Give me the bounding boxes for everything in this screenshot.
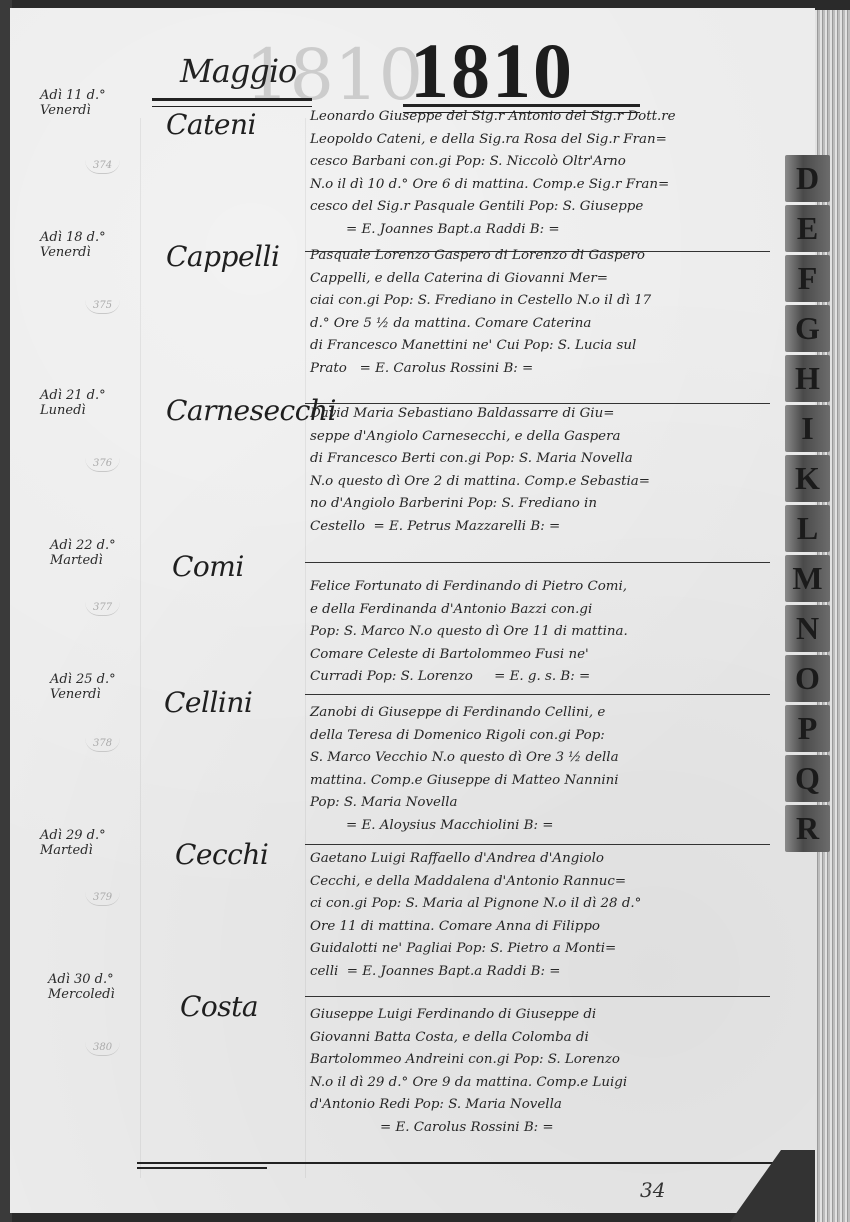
- index-tab-f[interactable]: F: [785, 255, 830, 302]
- date-day: Adì 25 d.°: [50, 672, 160, 687]
- entry-surname: Costa: [180, 990, 258, 1023]
- entry-line: Curradi Pop: S. Lorenzo: [310, 669, 473, 684]
- date-weekday: Mercoledì: [48, 987, 158, 1002]
- entry-line: ci con.gi Pop: S. Maria al Pignone N.o i…: [310, 896, 641, 911]
- date-day: Adì 29 d.°: [40, 828, 150, 843]
- index-tab-h[interactable]: H: [785, 355, 830, 402]
- entry-line: Prato: [310, 361, 347, 376]
- index-tab-o[interactable]: O: [785, 655, 830, 702]
- entry-surname: Cecchi: [175, 838, 268, 871]
- entry-signature: = E. g. s. B: =: [494, 669, 590, 684]
- year-heading: 1810: [410, 26, 574, 116]
- entry-date: Adì 18 d.° Venerdì: [40, 230, 150, 260]
- index-tab-l[interactable]: L: [785, 505, 830, 552]
- date-day: Adì 22 d.°: [50, 538, 160, 553]
- entry-text: Felice Fortunato di Ferdinando di Pietro…: [310, 576, 770, 689]
- entry-divider: [305, 694, 770, 695]
- index-tab-r[interactable]: R: [785, 805, 830, 852]
- entry-line: seppe d'Angiolo Carnesecchi, e della Gas…: [310, 429, 621, 444]
- index-tab-q[interactable]: Q: [785, 755, 830, 802]
- date-weekday: Venerdì: [40, 103, 150, 118]
- entry-line: di Francesco Manettini ne' Cui Pop: S. L…: [310, 338, 636, 353]
- index-tab-e[interactable]: E: [785, 205, 830, 252]
- index-tab-k[interactable]: K: [785, 455, 830, 502]
- entry-line: Giovanni Batta Costa, e della Colomba di: [310, 1030, 589, 1045]
- entry-line: e della Ferdinanda d'Antonio Bazzi con.g…: [310, 602, 592, 617]
- entry-line: d'Antonio Redi Pop: S. Maria Novella: [310, 1097, 562, 1112]
- entry-text: David Maria Sebastiano Baldassarre di Gi…: [310, 403, 770, 538]
- entry-text: Zanobi di Giuseppe di Ferdinando Cellini…: [310, 702, 770, 837]
- entry-line: Bartolommeo Andreini con.gi Pop: S. Lore…: [310, 1052, 620, 1067]
- entry-line: no d'Angiolo Barberini Pop: S. Frediano …: [310, 496, 597, 511]
- entry-line: Giuseppe Luigi Ferdinando di Giuseppe di: [310, 1007, 596, 1022]
- entry-surname: Cellini: [164, 686, 252, 719]
- entry-line: della Teresa di Domenico Rigoli con.gi P…: [310, 728, 605, 743]
- index-tab-i[interactable]: I: [785, 405, 830, 452]
- entry-text: Gaetano Luigi Raffaello d'Andrea d'Angio…: [310, 848, 770, 983]
- entry-line: N.o questo dì Ore 2 di mattina. Comp.e S…: [310, 474, 650, 489]
- entry-signature: = E. Aloysius Macchiolini B: =: [310, 815, 770, 838]
- date-day: Adì 11 d.°: [40, 88, 150, 103]
- entry-line: celli: [310, 964, 338, 979]
- entry-divider: [305, 844, 770, 845]
- entry-line: S. Marco Vecchio N.o questo dì Ore 3 ½ d…: [310, 750, 619, 765]
- entry-line: Cappelli, e della Caterina di Giovanni M…: [310, 271, 608, 286]
- closing-rule-double: [137, 1167, 267, 1169]
- entry-signature: = E. Carolus Rossini B: =: [360, 361, 534, 376]
- entry-line: Leonardo Giuseppe del Sig.r Antonio del …: [310, 109, 676, 124]
- entry-line: Zanobi di Giuseppe di Ferdinando Cellini…: [310, 705, 605, 720]
- entry-line: ciai con.gi Pop: S. Frediano in Cestello…: [310, 293, 651, 308]
- entry-date: Adì 29 d.° Martedì: [40, 828, 150, 858]
- date-day: Adì 18 d.°: [40, 230, 150, 245]
- entry-line: di Francesco Berti con.gi Pop: S. Maria …: [310, 451, 633, 466]
- index-tab-g[interactable]: G: [785, 305, 830, 352]
- entry-line: Pop: S. Marco N.o questo dì Ore 11 di ma…: [310, 624, 628, 639]
- entry-line: Cestello: [310, 519, 365, 534]
- date-day: Adì 21 d.°: [40, 388, 150, 403]
- column-divider: [140, 118, 141, 1178]
- date-day: Adì 30 d.°: [48, 972, 158, 987]
- entry-divider: [305, 996, 770, 997]
- entry-line: Gaetano Luigi Raffaello d'Andrea d'Angio…: [310, 851, 604, 866]
- index-tab-p[interactable]: P: [785, 705, 830, 752]
- column-divider: [305, 118, 306, 1178]
- entry-line: cesco Barbani con.gi Pop: S. Niccolò Olt…: [310, 154, 626, 169]
- entry-line: Cecchi, e della Maddalena d'Antonio Rann…: [310, 874, 626, 889]
- entry-line: N.o il dì 29 d.° Ore 9 da mattina. Comp.…: [310, 1075, 627, 1090]
- entry-date: Adì 30 d.° Mercoledì: [48, 972, 158, 1002]
- entry-line: Felice Fortunato di Ferdinando di Pietro…: [310, 579, 627, 594]
- entry-line: cesco del Sig.r Pasquale Gentili Pop: S.…: [310, 199, 643, 214]
- entry-text: Pasquale Lorenzo Gaspero di Lorenzo di G…: [310, 245, 770, 380]
- entry-text: Leonardo Giuseppe del Sig.r Antonio del …: [310, 106, 770, 241]
- entry-date: Adì 21 d.° Lunedì: [40, 388, 150, 418]
- entry-line: Comare Celeste di Bartolommeo Fusi ne': [310, 647, 589, 662]
- date-weekday: Venerdì: [40, 245, 150, 260]
- entry-line: N.o il dì 10 d.° Ore 6 di mattina. Comp.…: [310, 177, 669, 192]
- entry-signature: = E. Joannes Bapt.a Raddi B: =: [310, 219, 770, 242]
- month-heading: Maggio: [180, 52, 296, 90]
- entry-date: Adì 11 d.° Venerdì: [40, 88, 150, 118]
- entry-line: Ore 11 di mattina. Comare Anna di Filipp…: [310, 919, 600, 934]
- index-tab-d[interactable]: D: [785, 155, 830, 202]
- entry-line: Guidalotti ne' Pagliai Pop: S. Pietro a …: [310, 941, 616, 956]
- entry-surname: Comi: [172, 550, 244, 583]
- date-weekday: Martedì: [40, 843, 150, 858]
- entry-surname: Cateni: [166, 108, 256, 141]
- entry-date: Adì 22 d.° Martedì: [50, 538, 160, 568]
- month-underline: [152, 98, 312, 107]
- entry-date: Adì 25 d.° Venerdì: [50, 672, 160, 702]
- entry-line: Pop: S. Maria Novella: [310, 795, 458, 810]
- date-weekday: Lunedì: [40, 403, 150, 418]
- index-tab-m[interactable]: M: [785, 555, 830, 602]
- index-tab-n[interactable]: N: [785, 605, 830, 652]
- date-weekday: Martedì: [50, 553, 160, 568]
- entry-signature: = E. Joannes Bapt.a Raddi B: =: [347, 964, 561, 979]
- entry-surname: Cappelli: [166, 240, 279, 273]
- alphabet-index-tabs: D E F G H I K L M N O P Q R: [785, 155, 830, 855]
- entry-line: mattina. Comp.e Giuseppe di Matteo Nanni…: [310, 773, 619, 788]
- folio-number: 34: [640, 1178, 665, 1202]
- entry-line: d.° Ore 5 ½ da mattina. Comare Caterina: [310, 316, 591, 331]
- entry-text: Giuseppe Luigi Ferdinando di Giuseppe di…: [310, 1004, 770, 1139]
- entry-line: David Maria Sebastiano Baldassarre di Gi…: [310, 406, 614, 421]
- entry-signature: = E. Carolus Rossini B: =: [310, 1117, 770, 1140]
- entry-divider: [305, 562, 770, 563]
- entry-line: Pasquale Lorenzo Gaspero di Lorenzo di G…: [310, 248, 645, 263]
- date-weekday: Venerdì: [50, 687, 160, 702]
- entry-line: Leopoldo Cateni, e della Sig.ra Rosa del…: [310, 132, 667, 147]
- entry-signature: = E. Petrus Mazzarelli B: =: [374, 519, 561, 534]
